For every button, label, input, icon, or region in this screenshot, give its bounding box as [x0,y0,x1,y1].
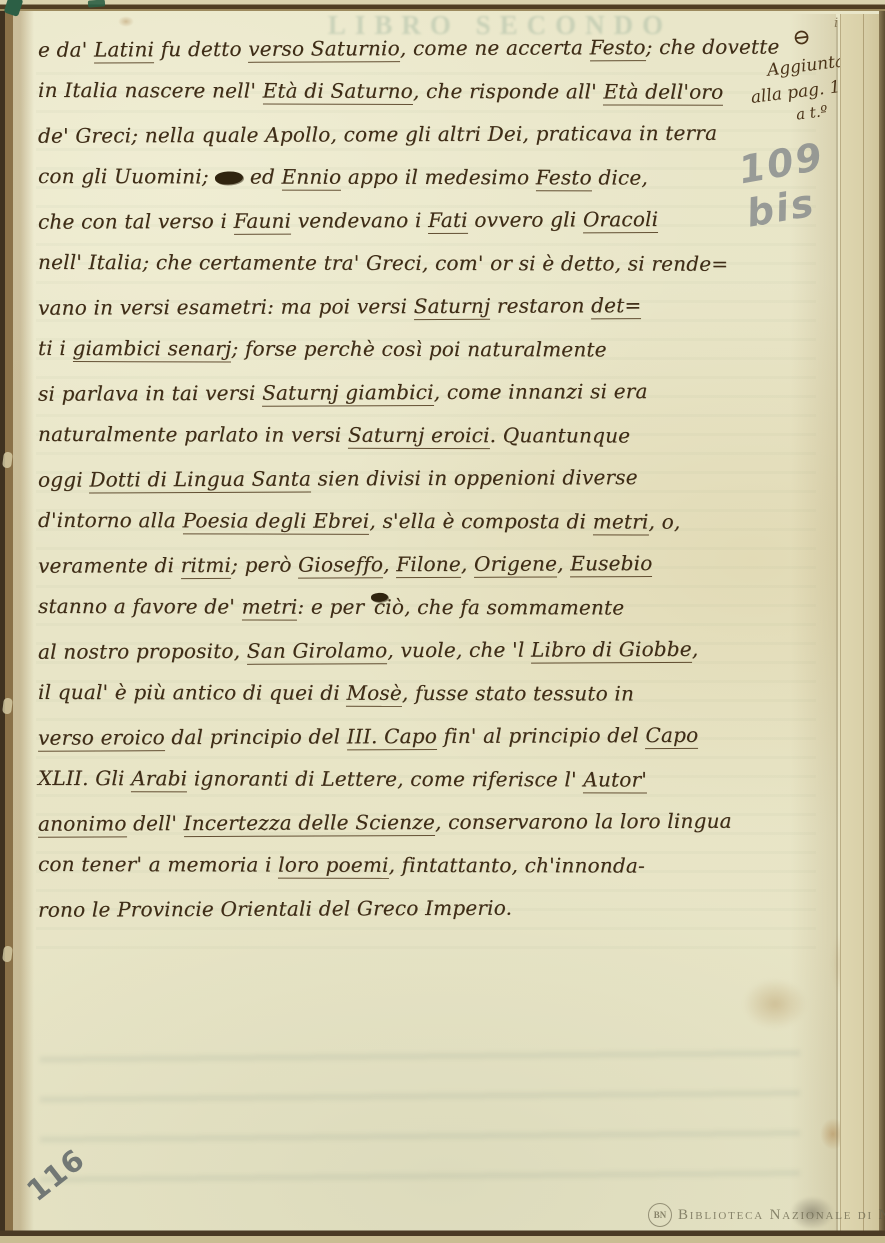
binding-stitch [2,698,13,715]
underlined-phrase: Ennio [281,165,341,191]
handwriting-line: stanno a favore de' metri: e per ciò, ch… [38,585,833,630]
handwriting-line: rono le Provincie Orientali del Greco Im… [38,885,833,931]
handwriting-line: al nostro proposito, San Girolamo, vuole… [38,627,833,673]
green-thread-icon [88,0,105,8]
underlined-phrase: ritmi [181,553,231,579]
binding-gutter [0,0,34,1243]
underlined-phrase: Oracoli [583,207,658,233]
handwriting-line: oggi Dotti di Lingua Santa sien divisi i… [38,455,833,501]
underlined-phrase: Origene [474,551,557,577]
underlined-phrase: Dotti di Lingua Santa [89,467,311,494]
handwriting-line: il qual' è più antico di quei di Mosè, f… [38,671,833,716]
handwriting-line: e da' Latini fu detto verso Saturnio, co… [38,25,833,71]
underlined-phrase: verso eroico [38,725,165,752]
underlined-phrase: San Girolamo [247,638,388,665]
underlined-phrase: III. Capo [347,724,437,750]
handwriting-line: vano in versi esametri: ma poi versi Sat… [38,283,833,329]
underlined-phrase: Arabi [131,766,187,792]
foxing-stain [742,978,808,1030]
library-stamp-text: Biblioteca Nazionale di Napoli [678,1207,885,1224]
handwriting-line: d'intorno alla Poesia degli Ebrei, s'ell… [38,499,833,544]
underlined-phrase: Età dell'oro [603,79,723,105]
underlined-phrase: Incertezza delle Scienze [184,810,436,837]
fore-edge-leaf [863,14,880,1232]
underlined-phrase: giambici senarj [73,336,232,362]
ink-deletion-blot [371,592,389,602]
handwriting-line: de' Greci; nella quale Apollo, come gli … [38,111,833,157]
binding-stitch [2,452,13,469]
handwriting-line: XLII. Gli Arabi ignoranti di Lettere, co… [38,757,833,802]
underlined-phrase: verso Saturnio [248,36,400,63]
underlined-phrase: Gioseffo [298,552,383,578]
underlined-phrase: Saturnj eroici [348,423,490,449]
underlined-phrase: det= [591,293,641,319]
underlined-phrase: metri [242,594,298,620]
handwriting-line: in Italia nascere nell' Età di Saturno, … [38,69,833,114]
underlined-phrase: Saturnj giambici [262,380,434,407]
handwriting-line: con tener' a memoria i loro poemi, finta… [38,843,833,888]
page-edge-crease [836,20,838,1232]
underlined-phrase: Fauni [234,209,292,235]
handwriting-line: con gli Uuomini; ed Ennio appo il medesi… [38,155,833,200]
ink-deletion-blot [215,171,244,186]
book-bottom-edge [0,1228,885,1243]
underlined-phrase: Poesia degli Ebrei [182,508,369,534]
underlined-phrase: metri [593,509,649,535]
underlined-phrase: Fati [428,208,468,234]
underlined-phrase: Mosè [346,681,401,707]
book-right-edge [879,0,885,1243]
underlined-phrase: loro poemi [278,853,389,879]
underlined-phrase: Capo [645,723,698,749]
manuscript-scan: LIBRO SECONDO e da' Latini fu detto vers… [0,0,885,1243]
underlined-phrase: Età di Saturno [263,79,413,105]
handwriting-line: che con tal verso i Fauni vendevano i Fa… [38,197,833,243]
verso-showthrough-lower [40,1040,800,1210]
handwriting-line: anonimo dell' Incertezza delle Scienze, … [38,799,833,845]
underlined-phrase: Libro di Giobbe [531,637,692,664]
handwriting-line: verso eroico dal principio del III. Capo… [38,713,833,759]
underlined-phrase: Festo [536,165,592,191]
underlined-phrase: Latini [94,37,154,63]
handwriting-line: nell' Italia; che certamente tra' Greci,… [38,241,833,286]
foxing-stain [118,16,134,27]
book-top-edge [0,0,885,13]
library-monogram-icon: BN [648,1203,672,1227]
text-block: e da' Latini fu detto verso Saturnio, co… [38,27,833,930]
fore-edge-leaf [840,14,864,1232]
handwriting-line: veramente di ritmi; però Gioseffo, Filon… [38,541,833,587]
underlined-phrase: anonimo [38,811,127,837]
underlined-phrase: Saturnj [414,294,491,320]
library-stamp: BN Biblioteca Nazionale di Napoli [648,1203,885,1227]
handwriting-line: ti i giambici senarj; forse perchè così … [38,327,833,372]
binding-stitch [2,946,13,963]
handwriting-line: naturalmente parlato in versi Saturnj er… [38,413,833,458]
underlined-phrase: Filone [396,552,461,578]
handwriting-line: si parlava in tai versi Saturnj giambici… [38,369,833,415]
underlined-phrase: Autor' [583,767,647,793]
underlined-phrase: Eusebio [570,551,652,577]
underlined-phrase: Festo [590,35,646,61]
